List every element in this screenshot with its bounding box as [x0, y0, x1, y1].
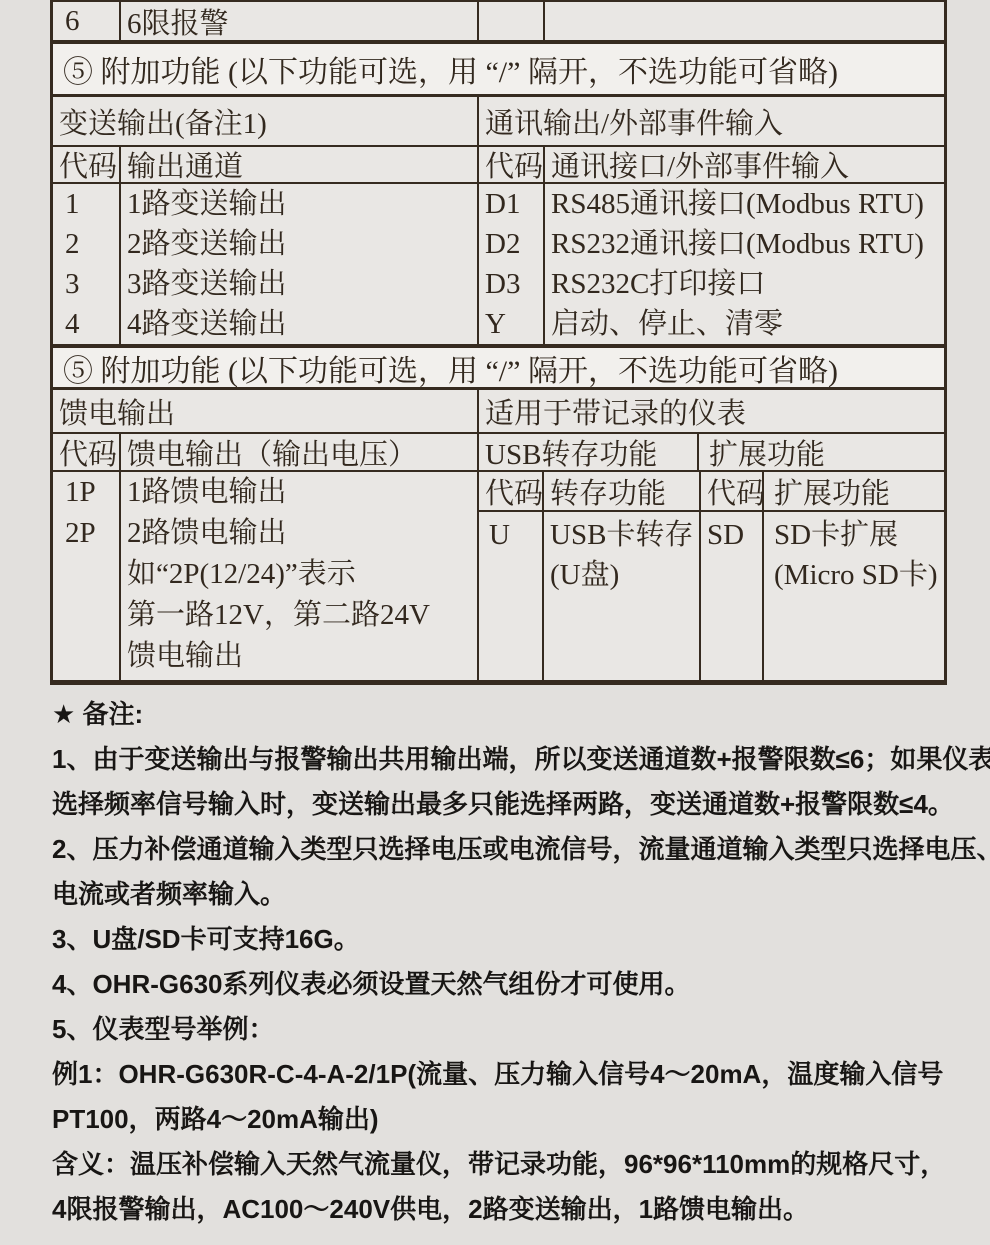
col-header-code: 代码	[53, 434, 121, 470]
notes-title: 备注:	[83, 699, 144, 729]
note-line: 3、U盘/SD卡可支持16G。	[52, 917, 982, 962]
recording-header-row: 代码 转存功能 代码 扩展功能	[479, 472, 944, 512]
cell-label: USB卡转存	[550, 515, 699, 555]
cell-code: D1	[485, 184, 543, 224]
cell-label: 4路变送输出	[127, 304, 477, 344]
cell-label: (Micro SD卡)	[774, 555, 944, 595]
cell-code: 1	[65, 184, 119, 224]
recording-data-row: U USB卡转存 (U盘) SD SD卡扩展 (Micro SD卡)	[479, 512, 944, 680]
transmit-code-column: 1 2 3 4	[53, 184, 121, 344]
cell-code: U	[489, 515, 542, 555]
cell-label: SD卡扩展	[774, 515, 944, 555]
cell-label: (U盘)	[550, 555, 699, 595]
cell-code: 2P	[65, 513, 119, 554]
star-icon: ★	[52, 699, 75, 729]
note-line: 电流或者频率输入。	[52, 872, 982, 917]
cell-label: 馈电输出	[127, 636, 477, 677]
note-line: 5、仪表型号举例：	[52, 1007, 982, 1052]
note-line: 4限报警输出，AC100～240V供电，2路变送输出，1路馈电输出。	[52, 1187, 982, 1232]
feed-power-header-row: 代码 馈电输出（输出电压）	[53, 434, 477, 472]
sd-code-cell: SD	[701, 512, 764, 680]
lower-section: 馈电输出 代码 馈电输出（输出电压） 1P 2P 1路馈电输出 2路馈电输出 如…	[53, 390, 944, 680]
col-header-code: 代码	[53, 147, 121, 182]
feed-power-data: 1P 2P 1路馈电输出 2路馈电输出 如“2P(12/24)”表示 第一路12…	[53, 472, 477, 680]
feed-label-column: 1路馈电输出 2路馈电输出 如“2P(12/24)”表示 第一路12V，第二路2…	[121, 472, 477, 680]
recording-panel: 适用于带记录的仪表 USB转存功能 扩展功能 代码 转存功能 代码 扩展功能 U	[479, 390, 944, 680]
group-title-comm-output: 通讯输出/外部事件输入	[479, 97, 944, 145]
sd-label-cell: SD卡扩展 (Micro SD卡)	[764, 512, 944, 680]
section5-header-1: ⑤ 附加功能 (以下功能可选，用 “/” 隔开，不选功能可省略)	[53, 40, 944, 97]
col-header-output-channel: 输出通道	[121, 147, 479, 182]
cell-label: 2路馈电输出	[127, 513, 477, 554]
group-title-row: 变送输出(备注1) 通讯输出/外部事件输入	[53, 97, 944, 147]
notes-title-line: ★ 备注:	[52, 692, 982, 737]
cell-code: D3	[485, 264, 543, 304]
cell-label: 第一路12V，第二路24V	[127, 595, 477, 636]
cell-code: 1P	[65, 472, 119, 513]
section5-header-2: ⑤ 附加功能 (以下功能可选，用 “/” 隔开，不选功能可省略)	[53, 344, 944, 390]
col-header-usb-function: 转存功能	[544, 472, 701, 510]
subgroup-title-extension: 扩展功能	[699, 434, 944, 470]
col-header-comm-interface: 通讯接口/外部事件输入	[545, 147, 944, 182]
cell-label: 如“2P(12/24)”表示	[127, 554, 477, 595]
cell-code: 3	[65, 264, 119, 304]
cell-label: 启动、停止、清零	[551, 304, 944, 344]
note-line: 4、OHR-G630系列仪表必须设置天然气组份才可使用。	[52, 962, 982, 1007]
note-line: 含义：温压补偿输入天然气流量仪，带记录功能，96*96*110mm的规格尺寸，	[52, 1142, 982, 1187]
model-selection-table: 6 6限报警 ⑤ 附加功能 (以下功能可选，用 “/” 隔开，不选功能可省略) …	[50, 0, 947, 685]
note-line: 2、压力补偿通道输入类型只选择电压或电流信号，流量通道输入类型只选择电压、	[52, 827, 982, 872]
cell-code: SD	[707, 515, 762, 555]
cell-code: 2	[65, 224, 119, 264]
cell-label: RS232通讯接口(Modbus RTU)	[551, 224, 944, 264]
cell-label: 1路馈电输出	[127, 472, 477, 513]
col-header-feed-voltage: 馈电输出（输出电压）	[121, 434, 477, 470]
col-header-code: 代码	[479, 147, 545, 182]
cell-label: 6限报警	[121, 2, 479, 40]
cell-empty	[545, 2, 944, 40]
cell-label: RS485通讯接口(Modbus RTU)	[551, 184, 944, 224]
col-header-code: 代码	[479, 472, 544, 510]
note-line: PT100，两路4～20mA输出)	[52, 1097, 982, 1142]
comm-label-column: RS485通讯接口(Modbus RTU) RS232通讯接口(Modbus R…	[545, 184, 944, 344]
note-line: 1、由于变送输出与报警输出共用输出端，所以变送通道数+报警限数≤6；如果仪表	[52, 737, 982, 782]
cell-code: Y	[485, 304, 543, 344]
cell-code: 6	[53, 2, 121, 40]
cell-code: D2	[485, 224, 543, 264]
table-row-alarm6: 6 6限报警	[53, 2, 944, 40]
cell-label: 2路变送输出	[127, 224, 477, 264]
col-header-ext-function: 扩展功能	[764, 472, 944, 510]
cell-empty	[479, 2, 545, 40]
cell-label: RS232C打印接口	[551, 264, 944, 304]
usb-code-cell: U	[479, 512, 544, 680]
recording-subtitle-row: USB转存功能 扩展功能	[479, 434, 944, 472]
note-line: 例1：OHR-G630R-C-4-A-2/1P(流量、压力输入信号4～20mA，…	[52, 1052, 982, 1097]
feed-code-column: 1P 2P	[53, 472, 121, 680]
note-line: 选择频率信号输入时，变送输出最多只能选择两路，变送通道数+报警限数≤4。	[52, 782, 982, 827]
cell-label: 1路变送输出	[127, 184, 477, 224]
column-header-row: 代码 输出通道 代码 通讯接口/外部事件输入	[53, 147, 944, 184]
col-header-code: 代码	[701, 472, 764, 510]
group-title-transmit-output: 变送输出(备注1)	[53, 97, 479, 145]
document-page: 6 6限报警 ⑤ 附加功能 (以下功能可选，用 “/” 隔开，不选功能可省略) …	[0, 0, 990, 1245]
subgroup-title-usb: USB转存功能	[479, 434, 699, 470]
data-rows: 1 2 3 4 1路变送输出 2路变送输出 3路变送输出 4路变送输出 D1 D…	[53, 184, 944, 344]
group-title-feed-power: 馈电输出	[53, 390, 477, 434]
transmit-label-column: 1路变送输出 2路变送输出 3路变送输出 4路变送输出	[121, 184, 479, 344]
usb-label-cell: USB卡转存 (U盘)	[544, 512, 701, 680]
comm-code-column: D1 D2 D3 Y	[479, 184, 545, 344]
notes-section: ★ 备注: 1、由于变送输出与报警输出共用输出端，所以变送通道数+报警限数≤6；…	[52, 692, 982, 1232]
feed-power-panel: 馈电输出 代码 馈电输出（输出电压） 1P 2P 1路馈电输出 2路馈电输出 如…	[53, 390, 479, 680]
cell-code: 4	[65, 304, 119, 344]
group-title-recording: 适用于带记录的仪表	[479, 390, 944, 434]
cell-label: 3路变送输出	[127, 264, 477, 304]
